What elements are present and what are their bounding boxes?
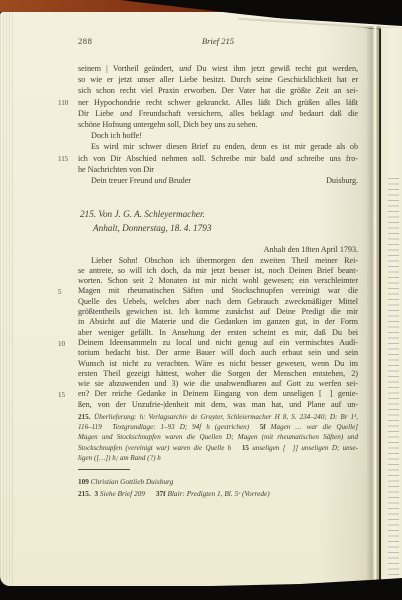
text-line: seinem | Vortheil geändert, und Du wirst… xyxy=(78,63,358,74)
text-line: Magen und Stockschnupfen waren die Quell… xyxy=(78,432,358,442)
text-line: he Nachrichten von Dir xyxy=(78,164,358,175)
letter-215-body: Anhalt den 18ten April 1793.Lieber Sohn!… xyxy=(78,245,358,410)
facing-page-sliver xyxy=(381,28,402,580)
text-line: so wie er jetzt unser aller Liebe besitz… xyxy=(78,74,358,85)
book-gutter-crease xyxy=(366,26,381,582)
text-line: schöne Hofnung untergehn soll, Dich bey … xyxy=(78,119,358,130)
text-line: torium bedacht bist. Der arme Bauer will… xyxy=(78,348,358,358)
line-number: 15 xyxy=(58,390,74,400)
line-number: 5 xyxy=(58,287,74,297)
text-line: Quelle des Uebels, welches aber nach dem… xyxy=(78,297,358,307)
text-line: ßen, von der Unzufrie-|denheit mit dem, … xyxy=(78,400,358,410)
line-number: 110 xyxy=(58,98,74,109)
facing-page-blurred-text xyxy=(388,178,399,578)
text-line: worten. Schon seit 2 Monaten ist mir nic… xyxy=(78,276,358,286)
text-line: größtentheils gewichen ist. Ich komme zu… xyxy=(78,307,358,317)
text-line: ligen ([…]) h; am Rand (?) h xyxy=(78,453,358,463)
text-line: 215. 3 Siehe Brief 209 37f Blair: Predig… xyxy=(78,488,358,500)
letter-continuation: seinem | Vortheil geändert, und Du wirst… xyxy=(78,63,358,186)
running-title: Brief 215 xyxy=(78,36,358,46)
page-fore-edge xyxy=(0,12,14,586)
letter-heading-date: Anhalt, Donnerstag, 18. 4. 1793 xyxy=(78,222,358,236)
text-line: 115ich von Dir Abschied nehmen soll. Sch… xyxy=(78,153,358,164)
text-line: Anhalt den 18ten April 1793. xyxy=(78,245,358,255)
text-line: Dein treuer Freund und BruderDuisburg. xyxy=(78,175,358,186)
text-line: in Absicht auf die Materie und die Gedan… xyxy=(78,317,358,327)
text-line: 110ner Hypochondrie recht schwer gekranc… xyxy=(78,97,358,108)
text-line: Wunsch ist nicht zu verachten. Wäre es n… xyxy=(78,359,358,369)
signature-place: Duisburg. xyxy=(326,175,358,186)
text-line: se antrete, so will ich doch, da mir jet… xyxy=(78,266,358,276)
text-line: 109 Christian Gottlieb Duisburg xyxy=(78,476,358,488)
text-line: Doch ich hoffe! xyxy=(78,130,358,141)
text-line: 15en? Der reiche Gedanke in Deinem Einga… xyxy=(78,389,358,399)
text-line: Dir Liebe und Freundschaft versichern, a… xyxy=(78,108,358,119)
text-line: aber weniger gefällt. In Ansehung der er… xyxy=(78,328,358,338)
line-number: 10 xyxy=(58,339,74,349)
letter-heading-sender: 215. Von J. G. A. Schleyermacher. xyxy=(78,208,358,222)
text-line: ersten Theil gezeigt hättest, woher die … xyxy=(78,369,358,379)
book-photo: 288 Brief 215 seinem | Vortheil geändert… xyxy=(0,0,402,600)
text-line: wie sie abzuwenden und 3) wie die unabwe… xyxy=(78,379,358,389)
text-line: Lieber Sohn! Obschon ich übermorgen den … xyxy=(78,256,358,266)
footnote-rule xyxy=(78,469,130,470)
text-line: 215. Überlieferung: h: Verlagsarchiv de … xyxy=(78,412,358,422)
critical-apparatus: 215. Überlieferung: h: Verlagsarchiv de … xyxy=(78,412,358,463)
text-line: 10Deinem Ideensammeln zu local und nicht… xyxy=(78,338,358,348)
text-line: sich schon recht viel Praxin erworben. D… xyxy=(78,85,358,96)
footnotes: 109 Christian Gottlieb Duisburg215. 3 Si… xyxy=(78,476,358,501)
letter-heading: 215. Von J. G. A. Schleyermacher. Anhalt… xyxy=(78,208,358,235)
text-line: 116–119 Textgrundlage: 1–93 D; 94f h (ge… xyxy=(78,422,358,432)
text-column: seinem | Vortheil geändert, und Du wirst… xyxy=(78,63,358,501)
page-header: 288 Brief 215 xyxy=(78,36,358,48)
line-number: 115 xyxy=(58,154,74,165)
text-line: Stockschnupfen (vereinigt war) waren die… xyxy=(78,443,358,453)
text-line: Es wird mir schwer diesen Brief zu enden… xyxy=(78,141,358,152)
text-line: 5Magen mit rheumatischen Säften und Stoc… xyxy=(78,286,358,296)
